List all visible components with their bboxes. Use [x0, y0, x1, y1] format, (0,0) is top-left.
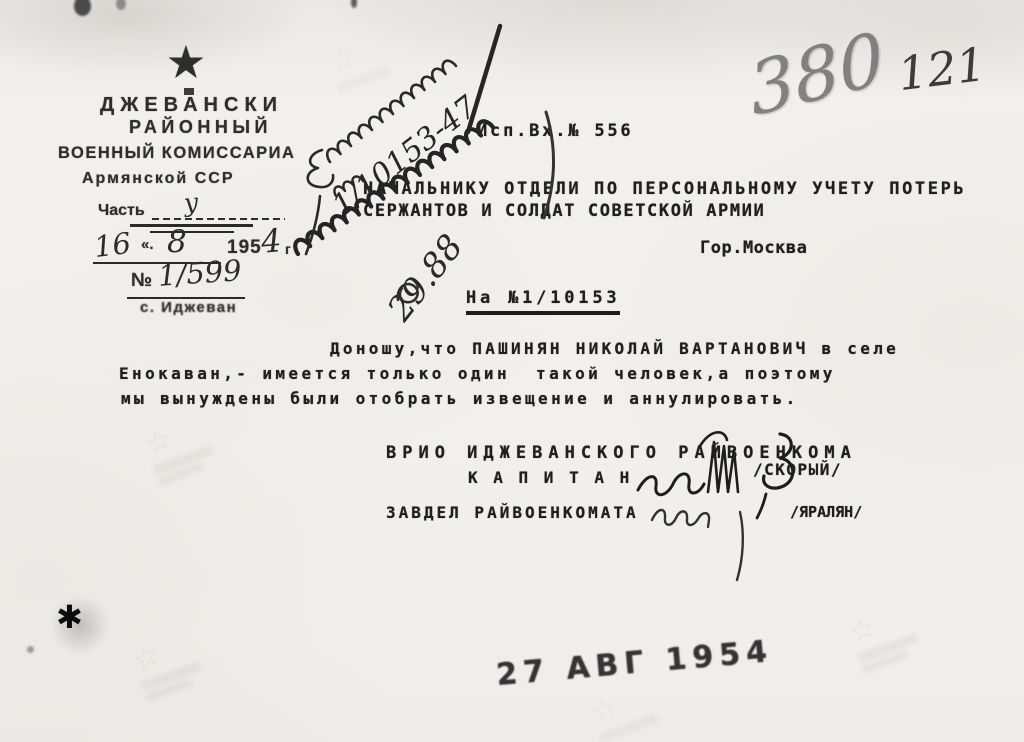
- captain-signature: [757, 494, 766, 518]
- letterhead-divider: [150, 231, 234, 233]
- letterhead-rayon: РАЙОННЫЙ: [129, 117, 272, 138]
- body-line-2: Енокаван,- имеется только один такой чел…: [119, 364, 836, 383]
- watermark-star-logo: ☆: [140, 409, 218, 486]
- signature-name-1: /СКОРЫЙ/: [753, 460, 842, 479]
- date-year-suffix: г: [285, 241, 291, 257]
- paper-speck: [116, 0, 126, 10]
- paper-speck: [74, 0, 91, 16]
- note-number-handwritten: 29.88: [380, 227, 471, 328]
- city: Гор.Москва: [700, 238, 807, 258]
- date-day-handwritten: 16: [92, 226, 133, 264]
- part-label: Часть: [98, 202, 145, 220]
- date-quote-printed: «.: [141, 236, 154, 253]
- number-value-handwritten: 1/599: [157, 253, 243, 293]
- paper-speck: [27, 646, 34, 653]
- reference-number: На №1/10153: [466, 288, 620, 315]
- date-year-handwritten: 4: [259, 221, 283, 261]
- letterhead-divider: [130, 224, 253, 227]
- body-line-1: Доношу,что ПАШИНЯН НИКОЛАЙ ВАРТАНОВИЧ в …: [330, 339, 899, 358]
- watermark-star-logo: ☆: [128, 625, 206, 702]
- signature-name-2: /ЯРАЛЯН/: [790, 503, 862, 521]
- date-month-handwritten: 8: [167, 224, 187, 260]
- letterhead-star-icon: ★: [168, 40, 204, 86]
- signature-title-line-2: ЗАВДЕЛ РАЙВОЕНКОМАТА: [386, 503, 639, 522]
- letterhead-commissariat: ВОЕННЫЙ КОМИССАРИА: [58, 144, 295, 163]
- scanned-document: ☆ ☆ ☆ ☆ ☆ ✱ ★ ДЖЕВАНСКИ РАЙОННЫЙ ВОЕННЫЙ…: [0, 0, 1024, 742]
- incoming-number: Исп.Вх.№ 556: [477, 121, 633, 141]
- clerk-signature: [652, 510, 709, 527]
- page-number-pen: 121: [895, 37, 989, 101]
- part-fill-line: [152, 218, 285, 220]
- watermark-star-logo: ☆: [844, 597, 922, 674]
- illegible-handwriting: [308, 150, 333, 187]
- watermark-star-logo: ☆: [586, 677, 661, 742]
- captain-signature: [638, 474, 704, 495]
- pencil-number: 380: [744, 16, 889, 133]
- watermark-star-logo: ☆: [324, 30, 392, 93]
- letterhead-republic: Армянской ССР: [82, 170, 234, 188]
- signature-rank: К А П И Т А Н: [468, 468, 632, 487]
- paper-speck: [351, 0, 357, 8]
- letterhead-district: ДЖЕВАНСКИ: [100, 94, 283, 117]
- addressee-line-1: НАЧАЛЬНИКУ ОТДЕЛИ ПО ПЕРСОНАЛЬНОМУ УЧЕТУ…: [363, 179, 966, 199]
- clerk-signature: [737, 512, 743, 580]
- number-label: №: [131, 270, 152, 292]
- settlement-name: с. Иджеван: [140, 299, 237, 316]
- body-line-3: мы вынуждены были отобрать извещение и а…: [121, 389, 799, 408]
- part-value-handwritten: у: [183, 187, 200, 217]
- addressee-line-2: СЕРЖАНТОВ И СОЛДАТ СОВЕТСКОЙ АРМИИ: [363, 201, 765, 221]
- ink-blot-icon: ✱: [56, 598, 83, 636]
- illegible-handwriting: [306, 196, 320, 254]
